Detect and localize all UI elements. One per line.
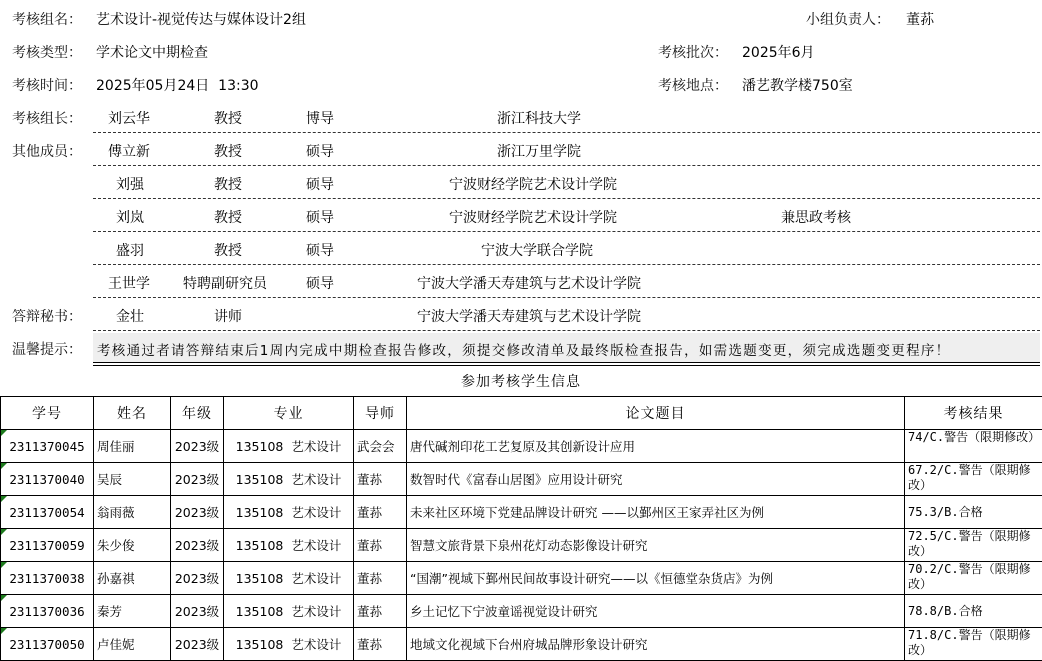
student-id: 2311370040 bbox=[9, 472, 84, 487]
grade-cell[interactable]: 2023级 bbox=[171, 496, 224, 529]
member-name: 刘云华 bbox=[108, 108, 150, 128]
dashed-divider bbox=[93, 264, 1040, 265]
student-id-cell[interactable]: 2311370038 bbox=[1, 562, 94, 595]
thesis-cell[interactable]: 地域文化视域下台州府城品牌形象设计研究 bbox=[407, 628, 905, 661]
column-header-student-id: 学号 bbox=[1, 397, 94, 430]
location-label: 考核地点： bbox=[658, 75, 728, 95]
thesis-cell[interactable]: 乡土记忆下宁波童谣视觉设计研究 bbox=[407, 595, 905, 628]
member-title: 教授 bbox=[214, 108, 242, 128]
dashed-divider bbox=[93, 198, 1040, 199]
secretary-label: 答辩秘书： bbox=[12, 306, 82, 326]
grade-cell[interactable]: 2023级 bbox=[171, 529, 224, 562]
notice-label: 温馨提示： bbox=[12, 339, 82, 359]
major-cell[interactable]: 135108 艺术设计 bbox=[224, 463, 354, 496]
comment-marker-icon bbox=[1, 463, 7, 469]
student-id-cell[interactable]: 2311370050 bbox=[1, 628, 94, 661]
member-role: 硕导 bbox=[306, 240, 334, 260]
thesis-cell[interactable]: 智慧文旅背景下泉州花灯动态影像设计研究 bbox=[407, 529, 905, 562]
member-org: 浙江万里学院 bbox=[497, 141, 581, 161]
advisor-cell[interactable]: 董荪 bbox=[354, 628, 407, 661]
comment-marker-icon bbox=[1, 595, 7, 601]
type-value: 学术论文中期检查 bbox=[96, 42, 208, 62]
member-org: 宁波大学潘天寿建筑与艺术设计学院 bbox=[417, 306, 641, 326]
double-divider bbox=[93, 362, 1040, 366]
thesis-cell[interactable]: “国潮”视域下鄞州民间故事设计研究——以《恒德堂杂货店》为例 bbox=[407, 562, 905, 595]
student-id-cell[interactable]: 2311370054 bbox=[1, 496, 94, 529]
student-id: 2311370059 bbox=[9, 538, 84, 553]
result-cell[interactable]: 75.3/B.合格 bbox=[905, 496, 1042, 529]
table-row: 2311370059 朱少俊 2023级 135108 艺术设计 董荪 智慧文旅… bbox=[1, 529, 1042, 562]
comment-marker-icon bbox=[1, 628, 7, 634]
column-header-grade: 年级 bbox=[171, 397, 224, 430]
advisor-cell[interactable]: 董荪 bbox=[354, 463, 407, 496]
member-name: 盛羽 bbox=[116, 240, 144, 260]
thesis-cell[interactable]: 唐代碱剂印花工艺复原及其创新设计应用 bbox=[407, 430, 905, 463]
student-id-cell[interactable]: 2311370036 bbox=[1, 595, 94, 628]
student-id: 2311370054 bbox=[9, 505, 84, 520]
member-role: 博导 bbox=[306, 108, 334, 128]
member-name: 刘强 bbox=[116, 174, 144, 194]
comment-marker-icon bbox=[1, 496, 7, 502]
dashed-divider bbox=[93, 231, 1040, 232]
result-cell[interactable]: 72.5/C.警告（限期修改） bbox=[905, 529, 1042, 562]
column-header-advisor: 导师 bbox=[354, 397, 407, 430]
member-role: 硕导 bbox=[306, 141, 334, 161]
student-id-cell[interactable]: 2311370045 bbox=[1, 430, 94, 463]
student-id: 2311370036 bbox=[9, 604, 84, 619]
member-title: 特聘副研究员 bbox=[183, 273, 267, 293]
location-value: 潘艺教学楼750室 bbox=[742, 75, 853, 95]
comment-marker-icon bbox=[1, 430, 7, 436]
grade-cell[interactable]: 2023级 bbox=[171, 430, 224, 463]
member-title: 教授 bbox=[214, 207, 242, 227]
comment-marker-icon bbox=[1, 529, 7, 535]
member-name: 王世学 bbox=[108, 273, 150, 293]
member-org: 宁波大学联合学院 bbox=[481, 240, 593, 260]
students-section-title: 参加考核学生信息 bbox=[0, 371, 1042, 391]
member-org: 宁波大学潘天寿建筑与艺术设计学院 bbox=[417, 273, 641, 293]
dashed-divider bbox=[93, 132, 1040, 133]
member-role: 硕导 bbox=[306, 174, 334, 194]
students-table: 学号 姓名 年级 专业 导师 论文题目 考核结果 2311370045 周佳丽 … bbox=[0, 396, 1042, 661]
group-name-value: 艺术设计-视觉传达与媒体设计2组 bbox=[96, 9, 306, 29]
time-value: 2025年05月24日 13:30 bbox=[96, 75, 259, 95]
member-name: 金壮 bbox=[116, 306, 144, 326]
member-name: 傅立新 bbox=[108, 141, 150, 161]
thesis-cell[interactable]: 未来社区环境下党建品牌设计研究 ——以鄞州区王家弄社区为例 bbox=[407, 496, 905, 529]
dashed-divider bbox=[93, 165, 1040, 166]
table-row: 2311370050 卢佳妮 2023级 135108 艺术设计 董荪 地域文化… bbox=[1, 628, 1042, 661]
result-cell[interactable]: 71.8/C.警告（限期修改） bbox=[905, 628, 1042, 661]
result-cell[interactable]: 74/C.警告（限期修改） bbox=[905, 430, 1042, 463]
student-id-cell[interactable]: 2311370059 bbox=[1, 529, 94, 562]
table-row: 2311370040 吴辰 2023级 135108 艺术设计 董荪 数智时代《… bbox=[1, 463, 1042, 496]
major-cell[interactable]: 135108 艺术设计 bbox=[224, 562, 354, 595]
major-cell[interactable]: 135108 艺术设计 bbox=[224, 628, 354, 661]
group-name-label: 考核组名： bbox=[12, 9, 82, 29]
student-name-cell[interactable]: 周佳丽 bbox=[94, 430, 171, 463]
major-cell[interactable]: 135108 艺术设计 bbox=[224, 595, 354, 628]
member-title: 教授 bbox=[214, 240, 242, 260]
notice-text: 考核通过者请答辩结束后1周内完成中期检查报告修改，须提交修改清单及最终版检查报告… bbox=[97, 339, 951, 359]
member-role: 硕导 bbox=[306, 273, 334, 293]
table-row: 2311370038 孙嘉祺 2023级 135108 艺术设计 董荪 “国潮”… bbox=[1, 562, 1042, 595]
table-header-row: 学号 姓名 年级 专业 导师 论文题目 考核结果 bbox=[1, 397, 1042, 430]
member-title: 教授 bbox=[214, 141, 242, 161]
column-header-name: 姓名 bbox=[94, 397, 171, 430]
grade-cell[interactable]: 2023级 bbox=[171, 562, 224, 595]
table-row: 2311370036 秦芳 2023级 135108 艺术设计 董荪 乡土记忆下… bbox=[1, 595, 1042, 628]
major-cell[interactable]: 135108 艺术设计 bbox=[224, 496, 354, 529]
leader-label: 小组负责人： bbox=[806, 9, 890, 29]
advisor-cell[interactable]: 董荪 bbox=[354, 529, 407, 562]
table-row: 2311370054 翁雨薇 2023级 135108 艺术设计 董荪 未来社区… bbox=[1, 496, 1042, 529]
advisor-cell[interactable]: 武会会 bbox=[354, 430, 407, 463]
column-header-thesis: 论文题目 bbox=[407, 397, 905, 430]
major-cell[interactable]: 135108 艺术设计 bbox=[224, 430, 354, 463]
student-name-cell[interactable]: 吴辰 bbox=[94, 463, 171, 496]
advisor-cell[interactable]: 董荪 bbox=[354, 496, 407, 529]
result-cell[interactable]: 67.2/C.警告（限期修改） bbox=[905, 463, 1042, 496]
dashed-divider bbox=[93, 330, 1040, 331]
member-name: 刘岚 bbox=[116, 207, 144, 227]
member-title: 讲师 bbox=[214, 306, 242, 326]
thesis-cell[interactable]: 数智时代《富春山居图》应用设计研究 bbox=[407, 463, 905, 496]
member-org: 宁波财经学院艺术设计学院 bbox=[449, 174, 617, 194]
time-label: 考核时间： bbox=[12, 75, 82, 95]
dashed-divider bbox=[93, 297, 1040, 298]
advisor-cell[interactable]: 董荪 bbox=[354, 562, 407, 595]
member-org: 浙江科技大学 bbox=[497, 108, 581, 128]
type-label: 考核类型： bbox=[12, 42, 82, 62]
leader-value: 董荪 bbox=[906, 9, 934, 29]
result-cell[interactable]: 70.2/C.警告（限期修改） bbox=[905, 562, 1042, 595]
member-title: 教授 bbox=[214, 174, 242, 194]
student-id-cell[interactable]: 2311370040 bbox=[1, 463, 94, 496]
comment-marker-icon bbox=[1, 562, 7, 568]
grade-cell[interactable]: 2023级 bbox=[171, 463, 224, 496]
members-label: 其他成员： bbox=[12, 141, 82, 161]
batch-label: 考核批次： bbox=[658, 42, 728, 62]
member-note: 兼思政考核 bbox=[781, 207, 851, 227]
major-cell[interactable]: 135108 艺术设计 bbox=[224, 529, 354, 562]
batch-value: 2025年6月 bbox=[742, 42, 815, 62]
student-name-cell[interactable]: 孙嘉祺 bbox=[94, 562, 171, 595]
column-header-major: 专业 bbox=[224, 397, 354, 430]
advisor-cell[interactable]: 董荪 bbox=[354, 595, 407, 628]
student-id: 2311370050 bbox=[9, 637, 84, 652]
student-name-cell[interactable]: 朱少俊 bbox=[94, 529, 171, 562]
grade-cell[interactable]: 2023级 bbox=[171, 628, 224, 661]
student-id: 2311370045 bbox=[9, 439, 84, 454]
column-header-result: 考核结果 bbox=[905, 397, 1042, 430]
table-row: 2311370045 周佳丽 2023级 135108 艺术设计 武会会 唐代碱… bbox=[1, 430, 1042, 463]
member-role: 硕导 bbox=[306, 207, 334, 227]
student-name-cell[interactable]: 卢佳妮 bbox=[94, 628, 171, 661]
student-name-cell[interactable]: 秦芳 bbox=[94, 595, 171, 628]
grade-cell[interactable]: 2023级 bbox=[171, 595, 224, 628]
student-id: 2311370038 bbox=[9, 571, 84, 586]
result-cell[interactable]: 78.8/B.合格 bbox=[905, 595, 1042, 628]
member-org: 宁波财经学院艺术设计学院 bbox=[449, 207, 617, 227]
chair-label: 考核组长： bbox=[12, 108, 82, 128]
student-name-cell[interactable]: 翁雨薇 bbox=[94, 496, 171, 529]
